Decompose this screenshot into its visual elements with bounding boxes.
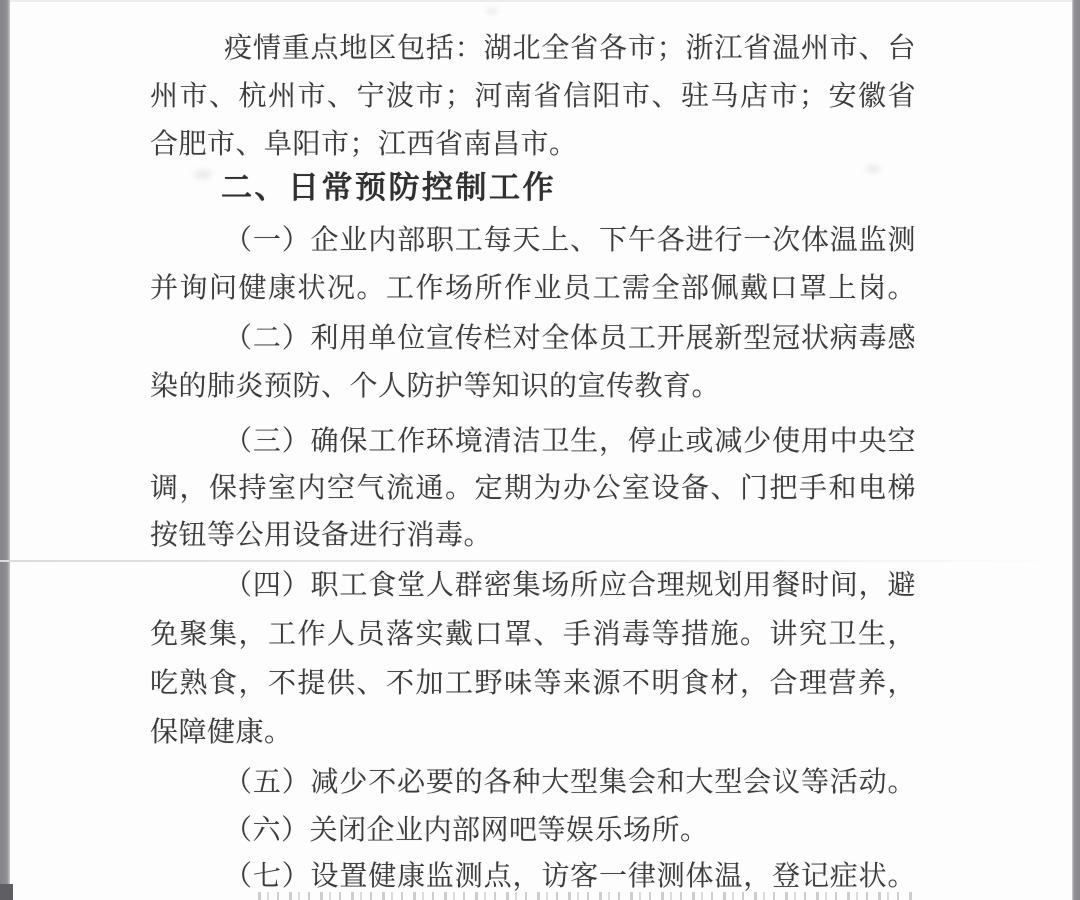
scan-artifact-line — [0, 560, 1072, 562]
text-line: 并询问健康状况。工作场所作业员工需全部佩戴口罩上岗。 — [150, 268, 916, 310]
text-line: （二）利用单位宣传栏对全体员工开展新型冠状病毒感 — [150, 318, 916, 360]
scan-edge-top — [10, 0, 1072, 2]
text-line: 染的肺炎预防、个人防护等知识的宣传教育。 — [150, 366, 916, 408]
scan-edge-right — [1072, 0, 1080, 900]
scan-smudge — [194, 170, 212, 179]
text-line: 调，保持室内空气流通。定期为办公室设备、门把手和电梯 — [150, 468, 916, 510]
text-line: 免聚集，工作人员落实戴口罩、手消毒等措施。讲究卫生， — [150, 614, 916, 656]
text-line: 疫情重点地区包括：湖北全省各市；浙江省温州市、台 — [150, 28, 916, 70]
text-line: 按钮等公用设备进行消毒。 — [150, 515, 916, 557]
section-heading: 二、日常预防控制工作 — [221, 167, 556, 209]
text-line: 合肥市、阜阳市；江西省南昌市。 — [150, 124, 916, 166]
text-line: 吃熟食，不提供、不加工野味等来源不明食材，合理营养， — [150, 663, 916, 705]
scan-edge-left-notch — [0, 884, 13, 900]
scan-smudge — [866, 165, 880, 173]
scanned-document-page: 疫情重点地区包括：湖北全省各市；浙江省温州市、台 州市、杭州市、宁波市；河南省信… — [0, 0, 1080, 900]
text-line: （六）关闭企业内部网吧等娱乐场所。 — [150, 810, 916, 852]
text-line: （四）职工食堂人群密集场所应合理规划用餐时间，避 — [150, 565, 916, 607]
cut-off-text-line — [258, 892, 913, 900]
text-line: （一）企业内部职工每天上、下午各进行一次体温监测 — [150, 220, 916, 262]
scan-smudge — [486, 8, 498, 14]
text-line: 保障健康。 — [150, 712, 916, 754]
text-line: （三）确保工作环境清洁卫生，停止或减少使用中央空 — [150, 421, 916, 463]
text-line: （五）减少不必要的各种大型集会和大型会议等活动。 — [150, 762, 916, 804]
scan-edge-left — [0, 0, 10, 900]
text-line: 州市、杭州市、宁波市；河南省信阳市、驻马店市；安徽省 — [150, 76, 916, 118]
